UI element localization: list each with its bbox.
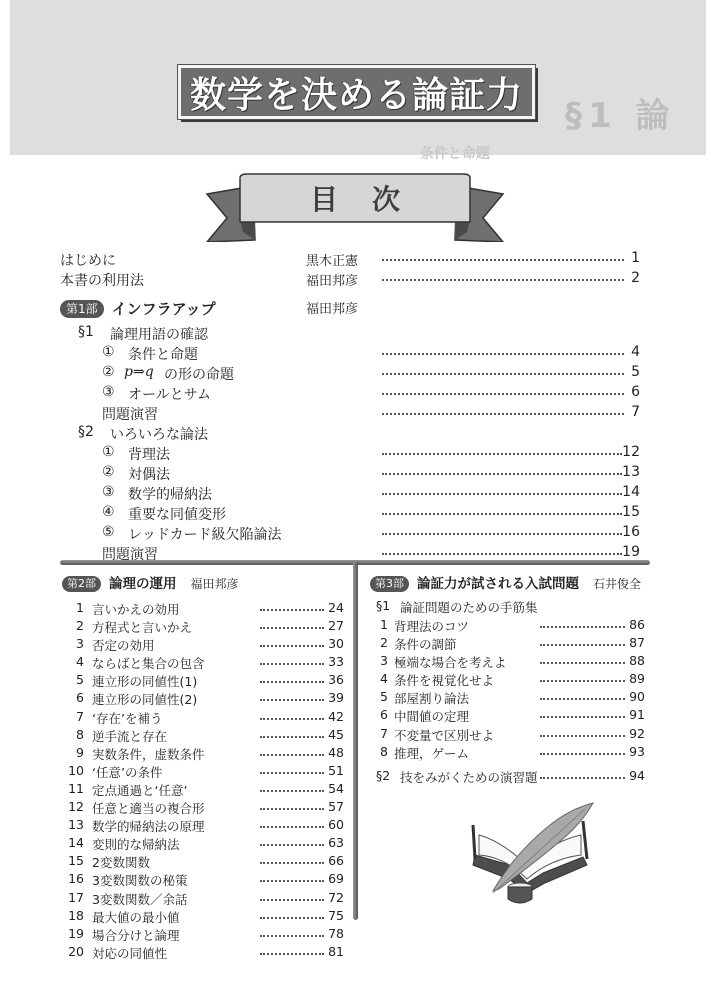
dot-leader <box>540 777 625 779</box>
toc-entry[interactable]: 3極端な場合を考えよ88 <box>370 653 645 671</box>
entry-number: 5 <box>372 689 388 704</box>
entry-marker: ③ <box>102 384 115 400</box>
part2-author: 福田邦彦 <box>191 577 239 591</box>
toc-entry[interactable]: 9実数条件，虚数条件48 <box>62 745 344 763</box>
entry-marker: ① <box>102 444 115 460</box>
entry-page: 19 <box>622 544 640 560</box>
entry-number: 15 <box>62 853 84 868</box>
entry-page: 4 <box>631 344 640 360</box>
entry-label: 数学的帰納法の原理 <box>92 817 205 835</box>
entry-math: p⇒q <box>124 364 154 380</box>
dot-leader <box>260 880 324 882</box>
entry-page: 54 <box>328 781 344 796</box>
entry-number: 16 <box>62 871 84 886</box>
entry-page: 42 <box>328 709 344 724</box>
entry-label: ‘存在’を補う <box>92 709 162 727</box>
entry-page: 92 <box>629 726 645 741</box>
dot-leader <box>540 716 625 718</box>
ghost-chapter-text: §1 論 <box>565 88 676 137</box>
entry-label: レッドカード級欠陥論法 <box>128 524 281 544</box>
entry-number: 3 <box>62 636 84 651</box>
entry-marker: ⑤ <box>102 524 115 540</box>
entry-label: 中間値の定理 <box>394 707 469 725</box>
toc-entry[interactable]: ① 背理法 12 <box>60 444 640 464</box>
entry-page: 48 <box>328 745 344 760</box>
entry-number: 2 <box>372 635 388 650</box>
entry-label: 不変量で区別せよ <box>394 726 494 744</box>
entry-number: 14 <box>62 835 84 850</box>
dot-leader <box>540 698 625 700</box>
entry-page: 6 <box>631 384 640 400</box>
dot-leader <box>260 681 324 683</box>
dot-leader <box>382 493 622 495</box>
entry-label: の形の命題 <box>164 364 234 384</box>
entry-page: 75 <box>328 908 344 923</box>
entry-number: 3 <box>372 653 388 668</box>
entry-label: 条件の調節 <box>394 635 457 653</box>
entry-label: 連立形の同値性(2) <box>92 690 197 708</box>
entry-page: 90 <box>629 689 645 704</box>
entry-label: ならばと集合の包含 <box>92 654 205 672</box>
entry-author: 福田邦彦 <box>306 270 358 289</box>
entry-label: 背理法 <box>128 444 170 464</box>
toc-ribbon: 目次 <box>205 172 505 242</box>
entry-page: 63 <box>328 835 344 850</box>
entry-number: 1 <box>62 600 84 615</box>
part1-section1-heading[interactable]: §1 論理用語の確認 <box>60 324 640 344</box>
dot-leader <box>540 644 625 646</box>
part1-badge: 第1部 <box>60 300 104 318</box>
toc-entry[interactable]: 14変則的な帰納法63 <box>62 835 344 853</box>
entry-page: 45 <box>328 727 344 742</box>
entry-page: 16 <box>622 524 640 540</box>
entry-label: 対偶法 <box>128 464 170 484</box>
toc-entry[interactable]: 6連立形の同値性(2)39 <box>62 690 344 708</box>
dot-leader <box>382 473 622 475</box>
toc-entry[interactable]: 6中間値の定理91 <box>370 707 645 725</box>
entry-label: はじめに <box>60 250 116 270</box>
entry-label: 条件と命題 <box>128 344 198 364</box>
entry-page: 1 <box>631 250 640 266</box>
entry-number: 20 <box>62 944 84 959</box>
entry-number: 13 <box>62 817 84 832</box>
entry-label: 重要な同値変形 <box>128 504 226 524</box>
vertical-divider <box>353 562 358 920</box>
part1-heading[interactable]: 第1部インフラアップ 福田邦彦 <box>60 298 640 318</box>
entry-page: 36 <box>328 672 344 687</box>
dot-leader <box>540 753 625 755</box>
dot-leader <box>540 735 625 737</box>
toc-entry[interactable]: 11定点通過と‘任意’54 <box>62 781 344 799</box>
toc-entry[interactable]: 5連立形の同値性(1)36 <box>62 672 344 690</box>
dot-leader <box>382 259 624 261</box>
toc-entry[interactable]: 2条件の調節87 <box>370 635 645 653</box>
entry-label: 本書の利用法 <box>60 270 144 290</box>
part2-badge: 第2部 <box>62 576 101 592</box>
toc-entry[interactable]: 4条件を視覚化せよ89 <box>370 671 645 689</box>
toc-entry[interactable]: 4ならばと集合の包含33 <box>62 654 344 672</box>
entry-label: 対応の同値性 <box>92 944 167 962</box>
entry-page: 87 <box>629 635 645 650</box>
toc-entry[interactable]: 13数学的帰納法の原理60 <box>62 817 344 835</box>
entry-number: 1 <box>372 617 388 632</box>
toc-entry[interactable]: 1言いかえの効用24 <box>62 600 344 618</box>
entry-page: 93 <box>629 744 645 759</box>
entry-number: 2 <box>62 618 84 633</box>
entry-page: 39 <box>328 690 344 705</box>
toc-entry[interactable]: ③ オールとサム 6 <box>60 384 640 404</box>
entry-number: 8 <box>62 727 84 742</box>
part3-title: 論証力が試される入試問題 <box>417 576 579 592</box>
entry-label: 背理法のコツ <box>394 617 469 635</box>
entry-page: 15 <box>622 504 640 520</box>
entry-page: 12 <box>622 444 640 460</box>
dot-leader <box>260 736 324 738</box>
entry-label: 定点通過と‘任意’ <box>92 781 187 799</box>
dot-leader <box>382 393 624 395</box>
dot-leader <box>260 718 324 720</box>
entry-number: 11 <box>62 781 84 796</box>
toc-entry[interactable]: 173変数関数／余話72 <box>62 890 344 908</box>
entry-page: 86 <box>629 617 645 632</box>
toc-entry[interactable]: 7‘存在’を補う42 <box>62 709 344 727</box>
book-title: 数学を決める論証力 <box>190 67 523 118</box>
section-symbol: §2 <box>78 424 94 440</box>
section-title: 技をみがくための演習題 <box>400 768 538 786</box>
section-title: いろいろな論法 <box>110 424 208 444</box>
entry-label: 2変数関数 <box>92 853 150 871</box>
entry-label: オールとサム <box>128 384 211 404</box>
entry-marker: ② <box>102 364 115 380</box>
toc-entry[interactable]: 7不変量で区別せよ92 <box>370 726 645 744</box>
entry-page: 66 <box>328 853 344 868</box>
dot-leader <box>260 627 324 629</box>
entry-author: 黒木正憲 <box>306 250 358 269</box>
part2-title: 論理の運用 <box>109 576 177 592</box>
entry-page: 81 <box>328 944 344 959</box>
dot-leader <box>382 279 624 281</box>
entry-page: 91 <box>629 707 645 722</box>
entry-label: 問題演習 <box>102 404 158 424</box>
dot-leader <box>540 680 625 682</box>
entry-label: 部屋割り論法 <box>394 689 469 707</box>
entry-label: 方程式と言いかえ <box>92 618 192 636</box>
entry-label: 言いかえの効用 <box>92 600 180 618</box>
entry-page: 60 <box>328 817 344 832</box>
entry-page: 88 <box>629 653 645 668</box>
dot-leader <box>260 862 324 864</box>
entry-number: 7 <box>372 726 388 741</box>
part1-title: インフラアップ <box>112 300 216 318</box>
toc-entry[interactable]: 12任意と適当の複合形57 <box>62 799 344 817</box>
part1-section2-heading[interactable]: §2 いろいろな論法 <box>60 424 640 444</box>
part1-author: 福田邦彦 <box>306 298 358 317</box>
entry-number: 18 <box>62 908 84 923</box>
entry-label: 条件を視覚化せよ <box>394 671 494 689</box>
entry-marker: ④ <box>102 504 115 520</box>
toc-entry[interactable]: ② p⇒q の形の命題 5 <box>60 364 640 384</box>
dot-leader <box>260 790 324 792</box>
toc-entry-intro[interactable]: はじめに 黒木正憲 1 <box>60 250 640 270</box>
dot-leader <box>260 754 324 756</box>
entry-page: 14 <box>622 484 640 500</box>
dot-leader <box>260 772 324 774</box>
dot-leader <box>260 844 324 846</box>
entry-marker: ① <box>102 344 115 360</box>
part3-heading[interactable]: 第3部論証力が試される入試問題石井俊全 <box>370 572 645 594</box>
dot-leader <box>260 826 324 828</box>
quill-book-inkpot-icon <box>465 795 595 905</box>
entry-marker: ③ <box>102 484 115 500</box>
entry-number: 7 <box>62 709 84 724</box>
part2-heading[interactable]: 第2部論理の運用福田邦彦 <box>62 572 344 594</box>
entry-marker: ② <box>102 464 115 480</box>
part3-section1-heading[interactable]: §1 論証問題のための手筋集 <box>370 598 645 617</box>
entry-page: 89 <box>629 671 645 686</box>
entry-number: 19 <box>62 926 84 941</box>
dot-leader <box>260 808 324 810</box>
dot-leader <box>540 626 625 628</box>
entry-number: 10 <box>62 763 84 778</box>
dot-leader <box>382 353 624 355</box>
entry-label: ‘任意’の条件 <box>92 763 162 781</box>
toc-entry[interactable]: ② 対偶法 13 <box>60 464 640 484</box>
entry-number: 12 <box>62 799 84 814</box>
toc-entry[interactable]: 152変数関数66 <box>62 853 344 871</box>
entry-label: 逆手流と存在 <box>92 727 167 745</box>
dot-leader <box>260 953 324 955</box>
toc-entry[interactable]: 19場合分けと論理78 <box>62 926 344 944</box>
entry-page: 30 <box>328 636 344 651</box>
toc-entry[interactable]: 5部屋割り論法90 <box>370 689 645 707</box>
toc-entry[interactable]: 20対応の同値性81 <box>62 944 344 962</box>
entry-page: 72 <box>328 890 344 905</box>
entry-page: 33 <box>328 654 344 669</box>
part3-section2-heading[interactable]: §2 技をみがくための演習題 94 <box>370 768 645 787</box>
dot-leader <box>382 533 622 535</box>
toc-entry[interactable]: ④ 重要な同値変形 15 <box>60 504 640 524</box>
entry-label: 数学的帰納法 <box>128 484 212 504</box>
entry-page: 78 <box>328 926 344 941</box>
dot-leader <box>260 899 324 901</box>
section-symbol: §2 <box>376 768 390 783</box>
entry-page: 94 <box>629 768 645 783</box>
section-title: 論理用語の確認 <box>110 324 208 344</box>
part3-badge: 第3部 <box>370 576 409 592</box>
toc-entry[interactable]: 163変数関数の秘策69 <box>62 871 344 889</box>
toc-entry[interactable]: 18最大値の最小値75 <box>62 908 344 926</box>
dot-leader <box>260 663 324 665</box>
part3-column: 第3部論証力が試される入試問題石井俊全 §1 論証問題のための手筋集 1背理法の… <box>370 572 645 787</box>
dot-leader <box>260 609 324 611</box>
toc-entry[interactable]: 問題演習 7 <box>60 404 640 424</box>
entry-number: 8 <box>372 744 388 759</box>
part2-column: 第2部論理の運用福田邦彦 1言いかえの効用24 2方程式と言いかえ27 3否定の… <box>62 572 344 962</box>
entry-label: 実数条件，虚数条件 <box>92 745 205 763</box>
entry-page: 5 <box>631 364 640 380</box>
dot-leader <box>260 935 324 937</box>
dot-leader <box>260 917 324 919</box>
toc-entry[interactable]: 1背理法のコツ86 <box>370 617 645 635</box>
toc-entry-usage[interactable]: 本書の利用法 福田邦彦 2 <box>60 270 640 290</box>
toc-entry[interactable]: ① 条件と命題 4 <box>60 344 640 364</box>
dot-leader <box>382 553 622 555</box>
entry-number: 17 <box>62 890 84 905</box>
entry-page: 13 <box>622 464 640 480</box>
section-symbol: §1 <box>78 324 94 340</box>
entry-label: 3変数関数の秘策 <box>92 871 187 889</box>
entry-label: 極端な場合を考えよ <box>394 653 507 671</box>
section-symbol: §1 <box>376 598 390 613</box>
entry-page: 57 <box>328 799 344 814</box>
toc-entry[interactable]: 8逆手流と存在45 <box>62 727 344 745</box>
toc-entry[interactable]: 8推理，ゲーム93 <box>370 744 645 762</box>
entry-label: 否定の効用 <box>92 636 155 654</box>
toc-entry[interactable]: 2方程式と言いかえ27 <box>62 618 344 636</box>
entry-label: 任意と適当の複合形 <box>92 799 205 817</box>
entry-page: 69 <box>328 871 344 886</box>
toc-entry[interactable]: ⑤ レッドカード級欠陥論法 16 <box>60 524 640 544</box>
entry-label: 3変数関数／余話 <box>92 890 187 908</box>
dot-leader <box>382 453 622 455</box>
entry-page: 24 <box>328 600 344 615</box>
entry-number: 4 <box>372 671 388 686</box>
book-title-box: 数学を決める論証力 <box>178 65 535 119</box>
entry-label: 連立形の同値性(1) <box>92 672 197 690</box>
entry-number: 6 <box>62 690 84 705</box>
entry-page: 7 <box>631 404 640 420</box>
entry-label: 場合分けと論理 <box>92 926 180 944</box>
toc-title: 目次 <box>205 178 505 218</box>
entry-label: 最大値の最小値 <box>92 908 180 926</box>
entry-page: 27 <box>328 618 344 633</box>
dot-leader <box>382 513 622 515</box>
entry-number: 5 <box>62 672 84 687</box>
entry-page: 51 <box>328 763 344 778</box>
toc-entry[interactable]: ③ 数学的帰納法 14 <box>60 484 640 504</box>
entry-number: 9 <box>62 745 84 760</box>
entry-number: 6 <box>372 707 388 722</box>
dot-leader <box>540 662 625 664</box>
entry-label: 変則的な帰納法 <box>92 835 180 853</box>
section-title: 論証問題のための手筋集 <box>400 598 538 616</box>
entry-page: 2 <box>631 270 640 286</box>
dot-leader <box>260 699 324 701</box>
toc-entry[interactable]: 3否定の効用30 <box>62 636 344 654</box>
dot-leader <box>382 413 624 415</box>
part3-author: 石井俊全 <box>593 577 641 591</box>
entry-number: 4 <box>62 654 84 669</box>
toc-entry[interactable]: 10‘任意’の条件51 <box>62 763 344 781</box>
entry-label: 推理，ゲーム <box>394 744 469 762</box>
dot-leader <box>382 373 624 375</box>
dot-leader <box>260 645 324 647</box>
ghost-sub-text: 条件と命題 <box>420 143 490 163</box>
